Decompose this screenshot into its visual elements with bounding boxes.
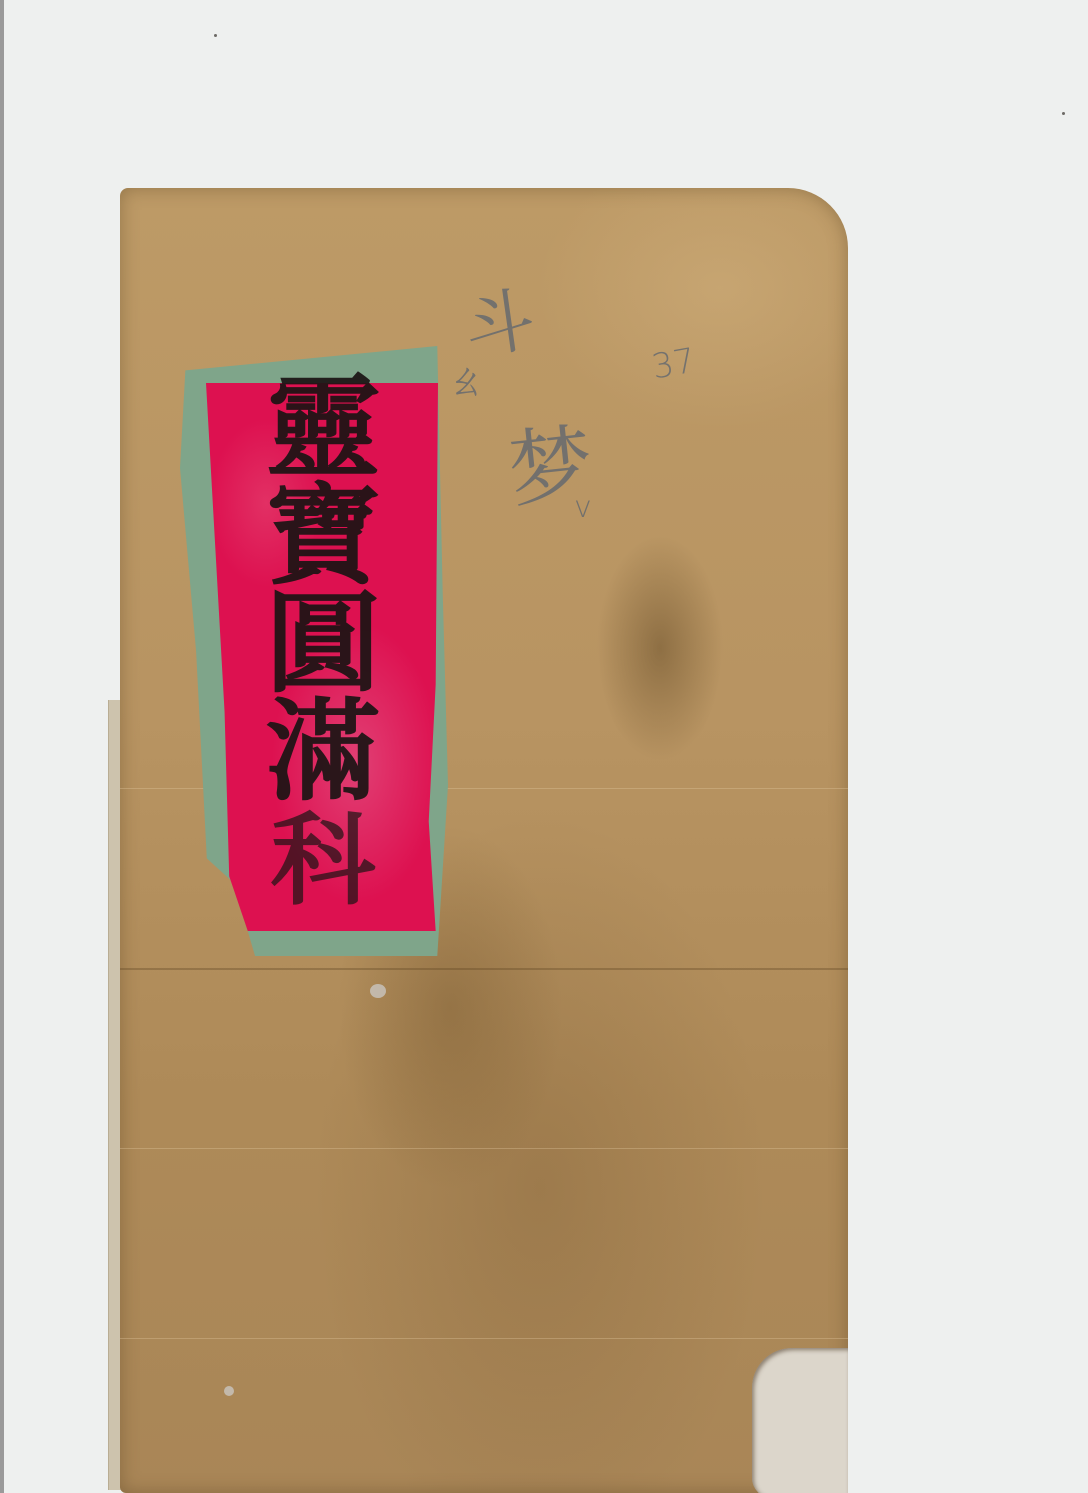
title-char: 寶 (265, 482, 381, 590)
pencil-annotation: ㄠ (446, 350, 486, 407)
pencil-number: 37 (649, 341, 699, 388)
scan-edge (0, 0, 4, 1493)
wormhole (370, 984, 386, 998)
crease (120, 1338, 848, 1339)
title-char: 靈 (265, 374, 381, 482)
dust-speck (214, 34, 217, 37)
title-char: 圓 (265, 590, 381, 698)
crease (120, 1148, 848, 1149)
fold-line (120, 968, 848, 970)
title-calligraphy: 靈 寶 圓 滿 科 (228, 374, 418, 914)
wormhole (224, 1386, 234, 1396)
torn-corner (752, 1348, 848, 1493)
pencil-annotation: v (574, 490, 592, 525)
title-char: 科 (271, 806, 376, 914)
title-char: 滿 (265, 698, 381, 806)
dust-speck (1062, 112, 1065, 115)
